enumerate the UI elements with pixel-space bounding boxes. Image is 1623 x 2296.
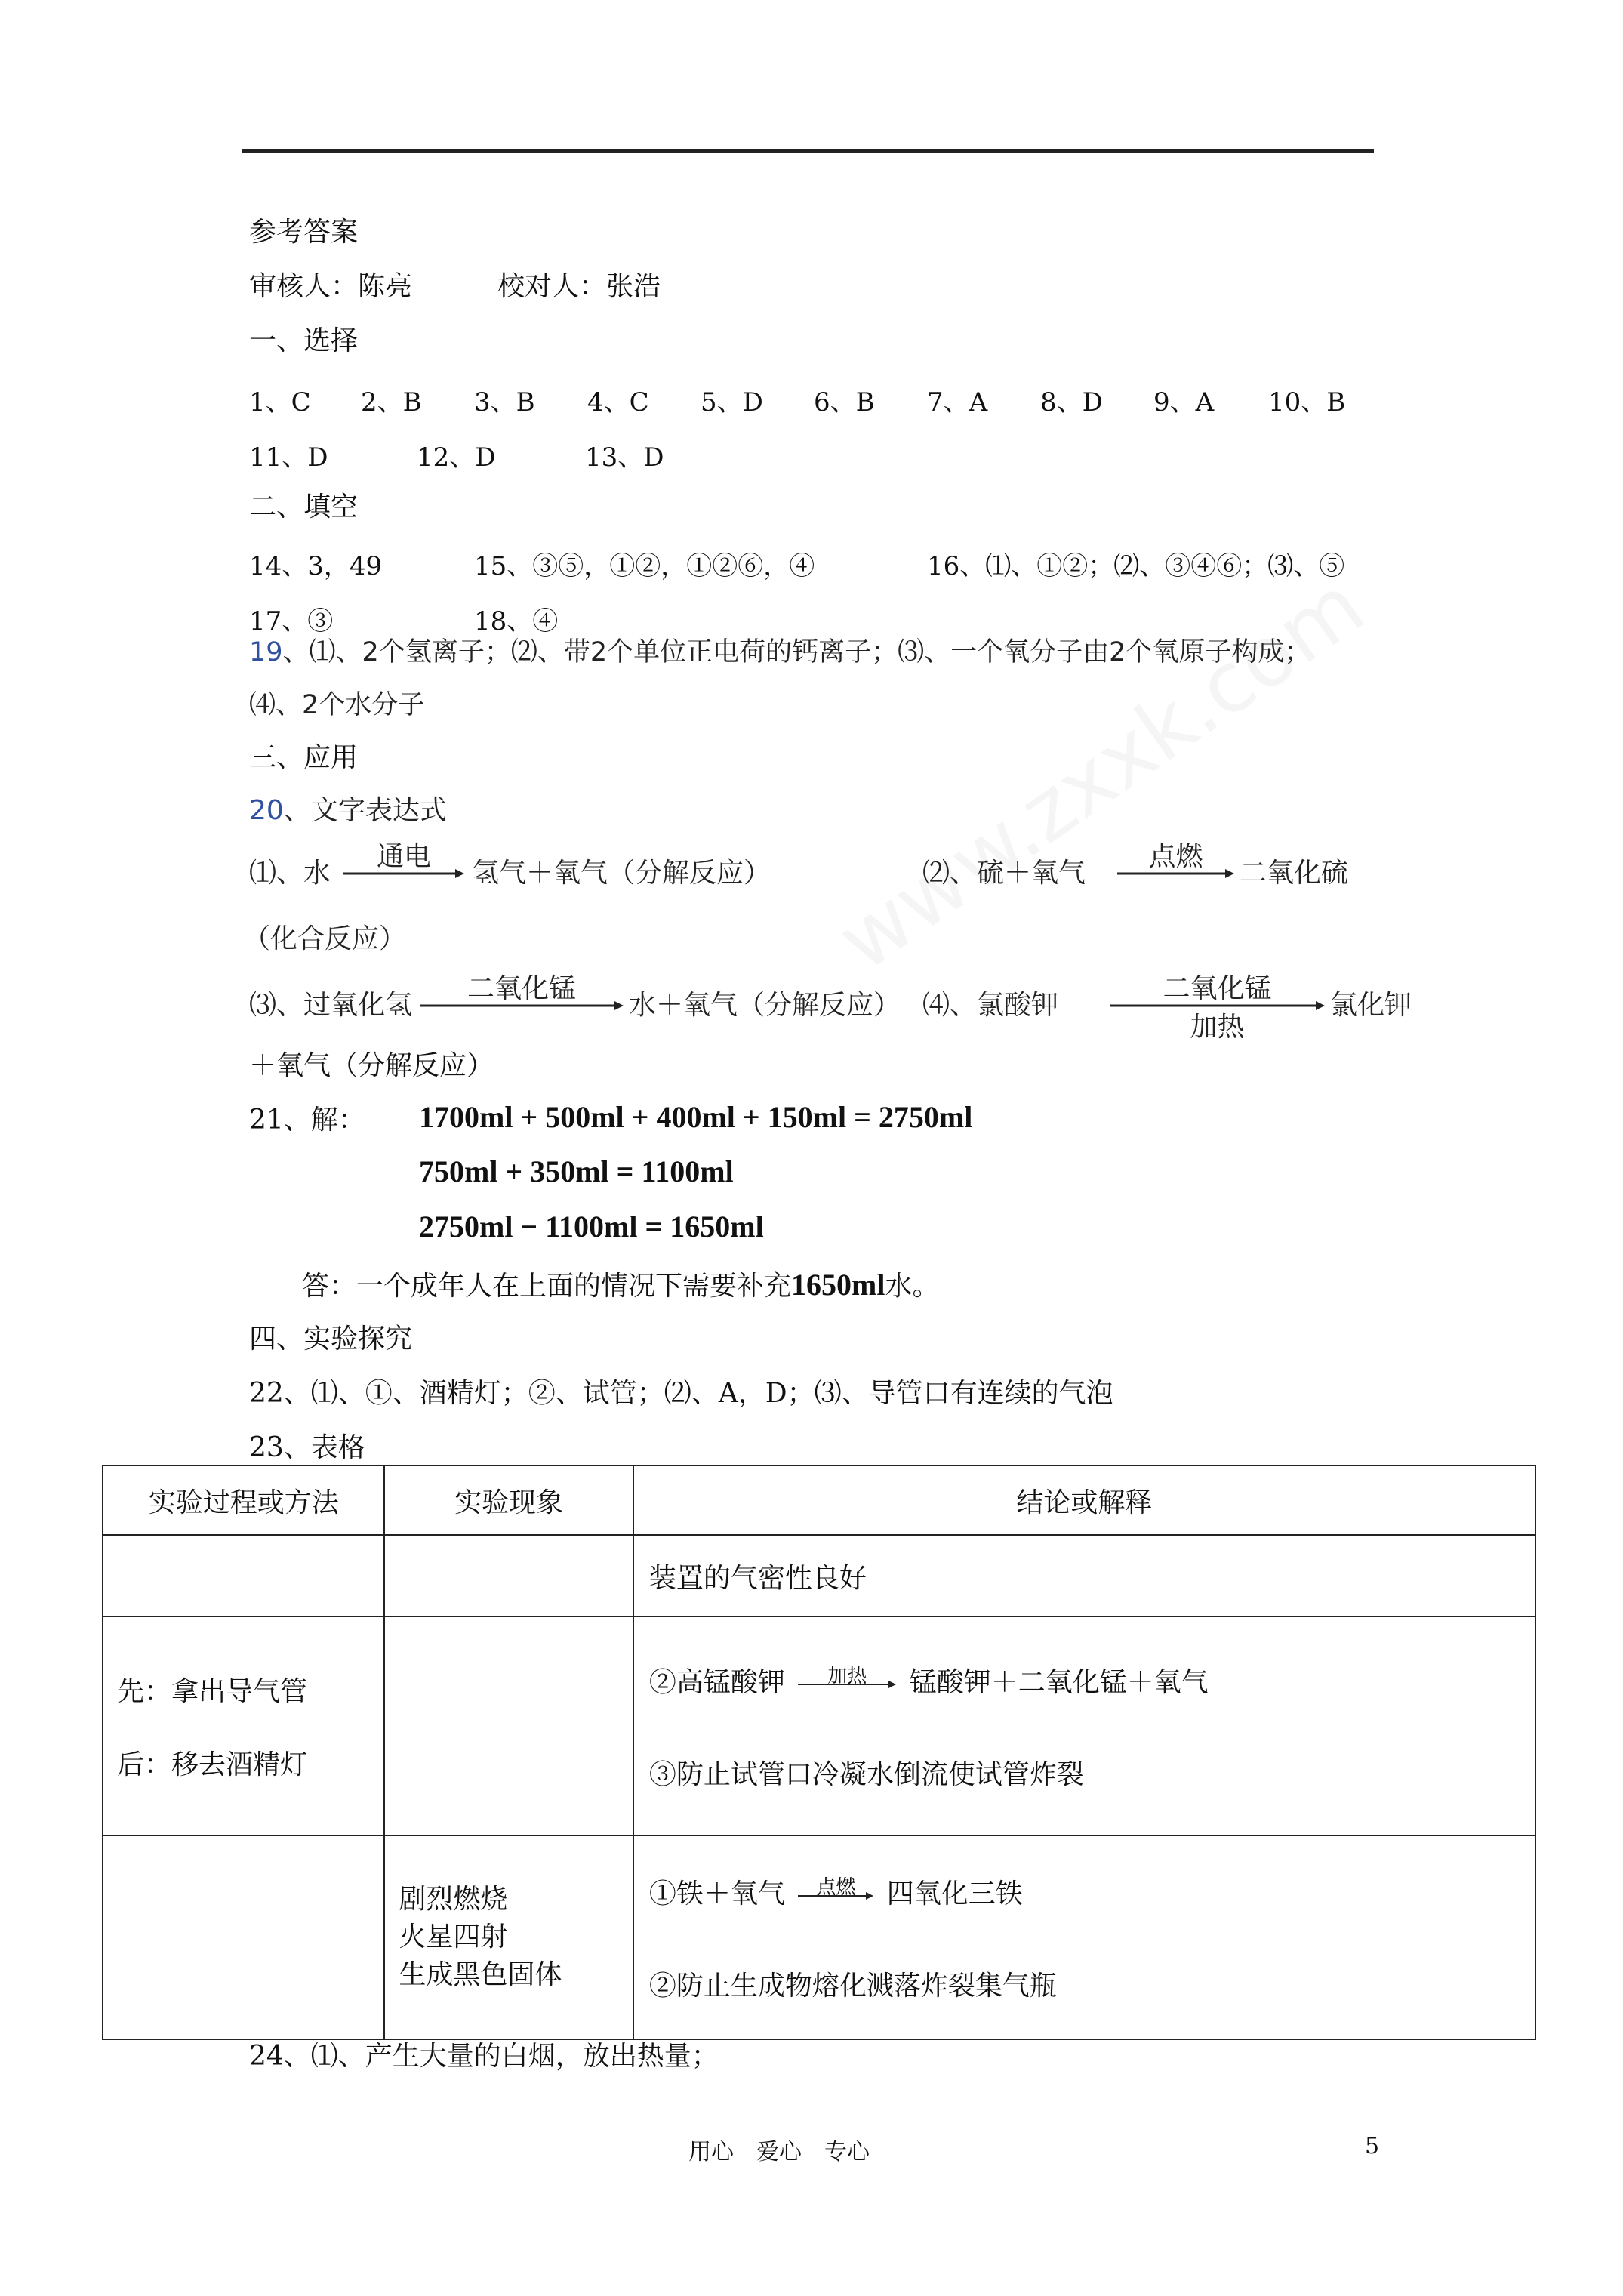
- q21-label: 21、解：: [249, 1104, 365, 1137]
- watermark: www.zxxk.com: [821, 556, 1381, 989]
- choice-answer: 1、C: [249, 381, 311, 418]
- reaction-1-reactant: ⑴、水: [249, 857, 331, 890]
- choice-answer: 2、B: [361, 381, 422, 418]
- reaction-2-type: （化合反应）: [243, 923, 406, 956]
- section2-heading: 二、填空: [249, 491, 358, 524]
- choice-answer: 5、D: [701, 381, 763, 418]
- header-conclusion: 结论或解释: [633, 1465, 1535, 1535]
- cell-method: [103, 1835, 384, 2039]
- reaction-1-products: 氢气＋氧气（分解反应）: [472, 857, 771, 890]
- section4-heading: 四、实验探究: [249, 1323, 412, 1356]
- answer-q24: 24、⑴、产生大量的白烟，放出热量；: [249, 2040, 719, 2073]
- cell-phenomenon: [384, 1535, 633, 1616]
- cell-phenomenon: 剧烈燃烧 火星四射 生成黑色固体: [384, 1835, 633, 2039]
- choice-answer: 12、D: [417, 436, 496, 473]
- choice-answer: 9、A: [1153, 381, 1214, 418]
- checker-label: 校对人：: [497, 271, 606, 302]
- page-number: 5: [1365, 2133, 1379, 2159]
- reaction-4-products: 氯化钾: [1330, 989, 1412, 1022]
- choice-answer: 4、C: [587, 381, 649, 418]
- header-rule: [242, 149, 1374, 153]
- reviewer-name: 陈亮: [358, 271, 412, 302]
- section3-heading: 三、应用: [249, 741, 358, 775]
- choice-answer: 8、D: [1040, 381, 1103, 418]
- page-title: 参考答案: [249, 216, 358, 249]
- table-header-row: 实验过程或方法 实验现象 结论或解释: [103, 1465, 1535, 1535]
- table-row: 装置的气密性良好: [103, 1535, 1535, 1616]
- table-row: 剧烈燃烧 火星四射 生成黑色固体 ①铁＋氧气 点燃 四氧化三铁 ②防止生成物熔化…: [103, 1835, 1535, 2039]
- experiment-table: 实验过程或方法 实验现象 结论或解释 装置的气密性良好 先：拿出导气管 后：移去…: [102, 1465, 1536, 2040]
- answer-q19-line1: 19、⑴、2个氢离子；⑵、带2个单位正电荷的钙离子；⑶、一个氧分子由2个氧原子构…: [249, 636, 1310, 669]
- reviewer-label: 审核人：: [249, 271, 358, 302]
- reviewers-line: 审核人：陈亮 校对人：张浩: [249, 270, 661, 304]
- reaction-arrow-icon: 加热: [798, 1673, 896, 1696]
- reaction-3-products: 水＋氧气（分解反应）: [629, 989, 901, 1022]
- reaction-2-reactant: ⑵、硫＋氧气: [922, 857, 1086, 890]
- reaction-arrow-icon: 点燃: [798, 1885, 873, 1907]
- reaction-arrow-icon: 二氧化锰 加热: [1110, 989, 1325, 1022]
- answer-q18: 18、④: [474, 600, 558, 637]
- choice-answer: 11、D: [249, 436, 328, 473]
- reaction-2-products: 二氧化硫: [1240, 857, 1348, 890]
- answer-q17: 17、③: [249, 600, 333, 637]
- cell-method: 先：拿出导气管 后：移去酒精灯: [103, 1616, 384, 1835]
- answer-q23: 23、表格: [249, 1432, 365, 1465]
- choice-answer: 13、D: [585, 436, 664, 473]
- header-phenomenon: 实验现象: [384, 1465, 633, 1535]
- reaction-arrow-icon: 点燃: [1117, 857, 1234, 890]
- footer-motto: 用心 爱心 专心: [688, 2133, 870, 2166]
- equation-3: 2750ml − 1100ml = 1650ml: [419, 1210, 764, 1244]
- section1-heading: 一、选择: [249, 325, 358, 358]
- cell-phenomenon: [384, 1616, 633, 1835]
- answer-q14: 14、3，49: [249, 545, 382, 582]
- equation-2: 750ml + 350ml = 1100ml: [419, 1155, 734, 1188]
- equation-1: 1700ml + 500ml + 400ml + 150ml = 2750ml: [419, 1101, 972, 1134]
- cell-conclusion: ②高锰酸钾 加热 锰酸钾＋二氧化锰＋氧气 ③防止试管口冷凝水倒流使试管炸裂: [633, 1616, 1535, 1835]
- cell-method: [103, 1535, 384, 1616]
- q20-title: 20、文字表达式: [249, 794, 447, 827]
- cell-conclusion: ①铁＋氧气 点燃 四氧化三铁 ②防止生成物熔化溅落炸裂集气瓶: [633, 1835, 1535, 2039]
- checker-name: 张浩: [606, 271, 661, 302]
- header-method: 实验过程或方法: [103, 1465, 384, 1535]
- choice-answer: 3、B: [474, 381, 535, 418]
- cell-conclusion: 装置的气密性良好: [633, 1535, 1535, 1616]
- q21-answer: 答：一个成年人在上面的情况下需要补充1650ml水。: [302, 1268, 939, 1303]
- reaction-arrow-icon: 二氧化锰: [420, 989, 624, 1022]
- choice-answer: 7、A: [927, 381, 987, 418]
- answer-q15: 15、③⑤，①②，①②⑥，④: [474, 545, 815, 582]
- document-page: www.zxxk.com 参考答案 审核人：陈亮 校对人：张浩 一、选择 1、C…: [0, 0, 1623, 2296]
- choice-answer: 6、B: [814, 381, 875, 418]
- reaction-arrow-icon: 通电: [343, 857, 464, 890]
- reaction-3-reactant: ⑶、过氧化氢: [249, 989, 412, 1022]
- table-row: 先：拿出导气管 后：移去酒精灯 ②高锰酸钾 加热 锰酸钾＋二氧化锰＋氧气 ③防止…: [103, 1616, 1535, 1835]
- reaction-4-continuation: ＋氧气（分解反应）: [249, 1049, 494, 1083]
- answer-q16: 16、⑴、①②；⑵、③④⑥；⑶、⑤: [927, 545, 1344, 582]
- reaction-4-reactant: ⑷、氯酸钾: [922, 989, 1058, 1022]
- answer-q19-line2: ⑷、2个水分子: [249, 689, 424, 722]
- answer-q22: 22、⑴、①、酒精灯；②、试管；⑵、A，D；⑶、导管口有连续的气泡: [249, 1377, 1113, 1410]
- choice-answer: 10、B: [1268, 381, 1345, 418]
- q19-number: 19: [249, 637, 283, 667]
